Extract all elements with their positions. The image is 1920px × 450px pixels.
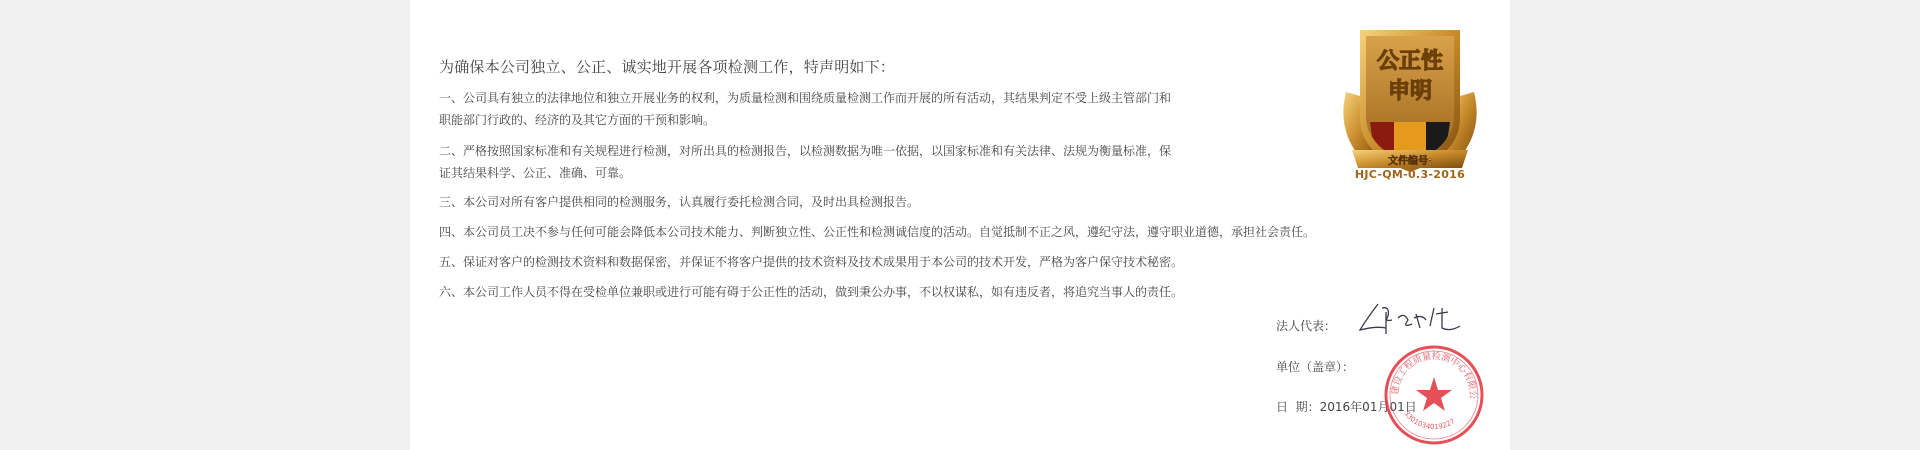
clause-1-line-1: 一、公司具有独立的法律地位和独立开展业务的权利，为质量检测和围绕质量检测工作而开… <box>439 87 1171 109</box>
clause-6: 六、本公司工作人员不得在受检单位兼职或进行可能有碍于公正性的活动，做到秉公办事，… <box>439 281 1183 303</box>
clause-2-line-1: 二、严格按照国家标准和有关规程进行检测，对所出具的检测报告，以检测数据为唯一依据… <box>439 140 1171 162</box>
intro-heading: 为确保本公司独立、公正、诚实地开展各项检测工作，特声明如下： <box>439 56 895 77</box>
document-code: HJC-QM-0.3-2016 <box>1334 168 1486 181</box>
date-label: 日 期： <box>1276 400 1320 414</box>
clause-4: 四、本公司员工决不参与任何可能会降低本公司技术能力、判断独立性、公正性和检测诚信… <box>439 221 1315 243</box>
company-seal-icon: 建设工程质量检测中心有限公司 3301034019227 <box>1382 343 1486 447</box>
svg-text:申明: 申明 <box>1388 78 1432 104</box>
svg-text:3301034019227: 3301034019227 <box>1402 409 1456 431</box>
clause-5: 五、保证对客户的检测技术资料和数据保密，并保证不将客户提供的技术资料及技术成果用… <box>439 251 1183 273</box>
unit-seal-label: 单位（盖章）： <box>1276 358 1354 375</box>
clause-3: 三、本公司对所有客户提供相同的检测服务，认真履行委托检测合同，及时出具检测报告。 <box>439 191 919 213</box>
svg-text:公正性: 公正性 <box>1377 48 1443 74</box>
svg-text:文件编号:: 文件编号: <box>1388 154 1432 167</box>
signature-icon <box>1356 298 1466 340</box>
legal-rep-label: 法人代表： <box>1276 317 1336 334</box>
clause-2-line-2: 证其结果科学、公正、准确、可靠。 <box>439 162 631 184</box>
statement-page: 为确保本公司独立、公正、诚实地开展各项检测工作，特声明如下： 一、公司具有独立的… <box>410 0 1510 450</box>
impartiality-badge-icon: 公正性 申明 文件编号: <box>1334 22 1486 187</box>
clause-1-line-2: 职能部门行政的、经济的及其它方面的干预和影响。 <box>439 109 715 131</box>
